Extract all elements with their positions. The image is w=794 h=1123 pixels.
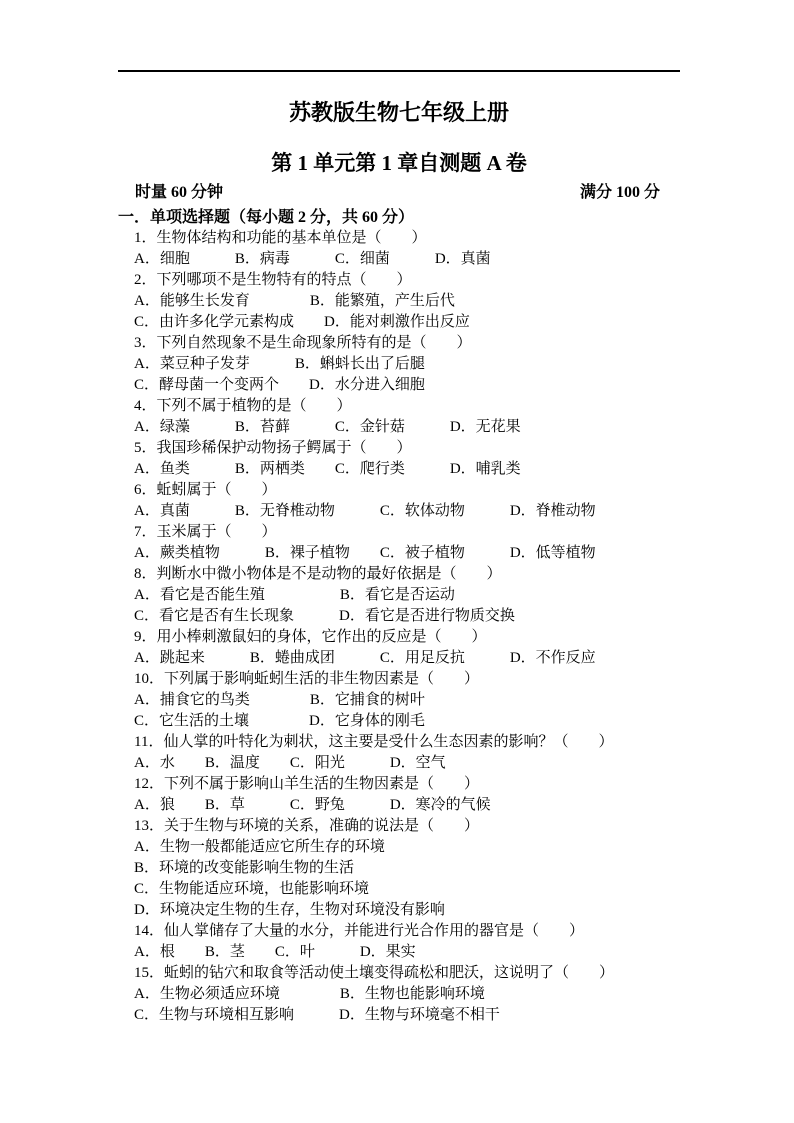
question-stem: 4．下列不属于植物的是（ ）	[134, 396, 680, 417]
meta-row: 时量 60 分钟 满分 100 分	[118, 182, 680, 204]
question-options: A．生物一般都能适应它所生存的环境	[134, 837, 680, 858]
document-subtitle: 第 1 单元第 1 章自测题 A 卷	[118, 150, 680, 176]
document-content: 苏教版生物七年级上册 第 1 单元第 1 章自测题 A 卷 时量 60 分钟 满…	[118, 100, 680, 1026]
question-stem: 1．生物体结构和功能的基本单位是（ ）	[134, 228, 680, 249]
question-options: C．由许多化学元素构成 D．能对刺激作出反应	[134, 312, 680, 333]
section-heading: 一．单项选择题（每小题 2 分，共 60 分）	[118, 207, 680, 228]
question-list: 1．生物体结构和功能的基本单位是（ ）A．细胞 B．病毒 C．细菌 D．真菌2．…	[118, 228, 680, 1026]
question-options: C．酵母菌一个变两个 D．水分进入细胞	[134, 375, 680, 396]
document-title: 苏教版生物七年级上册	[118, 100, 680, 126]
question-options: A．真菌 B．无脊椎动物 C．软体动物 D．脊椎动物	[134, 501, 680, 522]
question-options: C．看它是否有生长现象 D．看它是否进行物质交换	[134, 606, 680, 627]
full-score: 满分 100 分	[580, 182, 660, 204]
question-stem: 8．判断水中微小物体是不是动物的最好依据是（ ）	[134, 564, 680, 585]
question-options: A．绿藻 B．苔藓 C．金针菇 D．无花果	[134, 417, 680, 438]
question-options: A．根 B．茎 C．叶 D．果实	[134, 942, 680, 963]
question-options: C．它生活的土壤 D．它身体的刚毛	[134, 711, 680, 732]
time-limit: 时量 60 分钟	[135, 182, 223, 204]
question-stem: 3．下列自然现象不是生命现象所特有的是（ ）	[134, 333, 680, 354]
question-stem: 7．玉米属于（ ）	[134, 522, 680, 543]
question-options: A．生物必须适应环境 B．生物也能影响环境	[134, 984, 680, 1005]
question-stem: 9．用小棒刺激鼠妇的身体，它作出的反应是（ ）	[134, 627, 680, 648]
question-stem: 12．下列不属于影响山羊生活的生物因素是（ ）	[134, 774, 680, 795]
header-rule	[118, 70, 680, 72]
question-stem: 10．下列属于影响蚯蚓生活的非生物因素是（ ）	[134, 669, 680, 690]
question-options: A．细胞 B．病毒 C．细菌 D．真菌	[134, 249, 680, 270]
question-options: A．狼 B．草 C．野兔 D．寒冷的气候	[134, 795, 680, 816]
question-options: D．环境决定生物的生存，生物对环境没有影响	[134, 900, 680, 921]
question-options: A．能够生长发育 B．能繁殖，产生后代	[134, 291, 680, 312]
document-page: 苏教版生物七年级上册 第 1 单元第 1 章自测题 A 卷 时量 60 分钟 满…	[0, 0, 794, 1123]
question-options: C．生物与环境相互影响 D．生物与环境毫不相干	[134, 1005, 680, 1026]
question-options: A．水 B．温度 C．阳光 D．空气	[134, 753, 680, 774]
question-stem: 15．蚯蚓的钻穴和取食等活动使土壤变得疏松和肥沃，这说明了（ ）	[134, 963, 680, 984]
question-stem: 2．下列哪项不是生物特有的特点（ ）	[134, 270, 680, 291]
question-options: B．环境的改变能影响生物的生活	[134, 858, 680, 879]
question-options: A．看它是否能生殖 B．看它是否运动	[134, 585, 680, 606]
question-options: A．蕨类植物 B．裸子植物 C．被子植物 D．低等植物	[134, 543, 680, 564]
question-options: A．鱼类 B．两栖类 C．爬行类 D．哺乳类	[134, 459, 680, 480]
question-stem: 11．仙人掌的叶特化为刺状，这主要是受什么生态因素的影响？（ ）	[134, 732, 680, 753]
question-options: A．菜豆种子发芽 B．蝌蚪长出了后腿	[134, 354, 680, 375]
question-stem: 13．关于生物与环境的关系，准确的说法是（ ）	[134, 816, 680, 837]
question-options: C．生物能适应环境，也能影响环境	[134, 879, 680, 900]
question-options: A．跳起来 B．蜷曲成团 C．用足反抗 D．不作反应	[134, 648, 680, 669]
question-stem: 14．仙人掌储存了大量的水分，并能进行光合作用的器官是（ ）	[134, 921, 680, 942]
question-stem: 6．蚯蚓属于（ ）	[134, 480, 680, 501]
question-stem: 5．我国珍稀保护动物扬子鳄属于（ ）	[134, 438, 680, 459]
question-options: A．捕食它的鸟类 B．它捕食的树叶	[134, 690, 680, 711]
